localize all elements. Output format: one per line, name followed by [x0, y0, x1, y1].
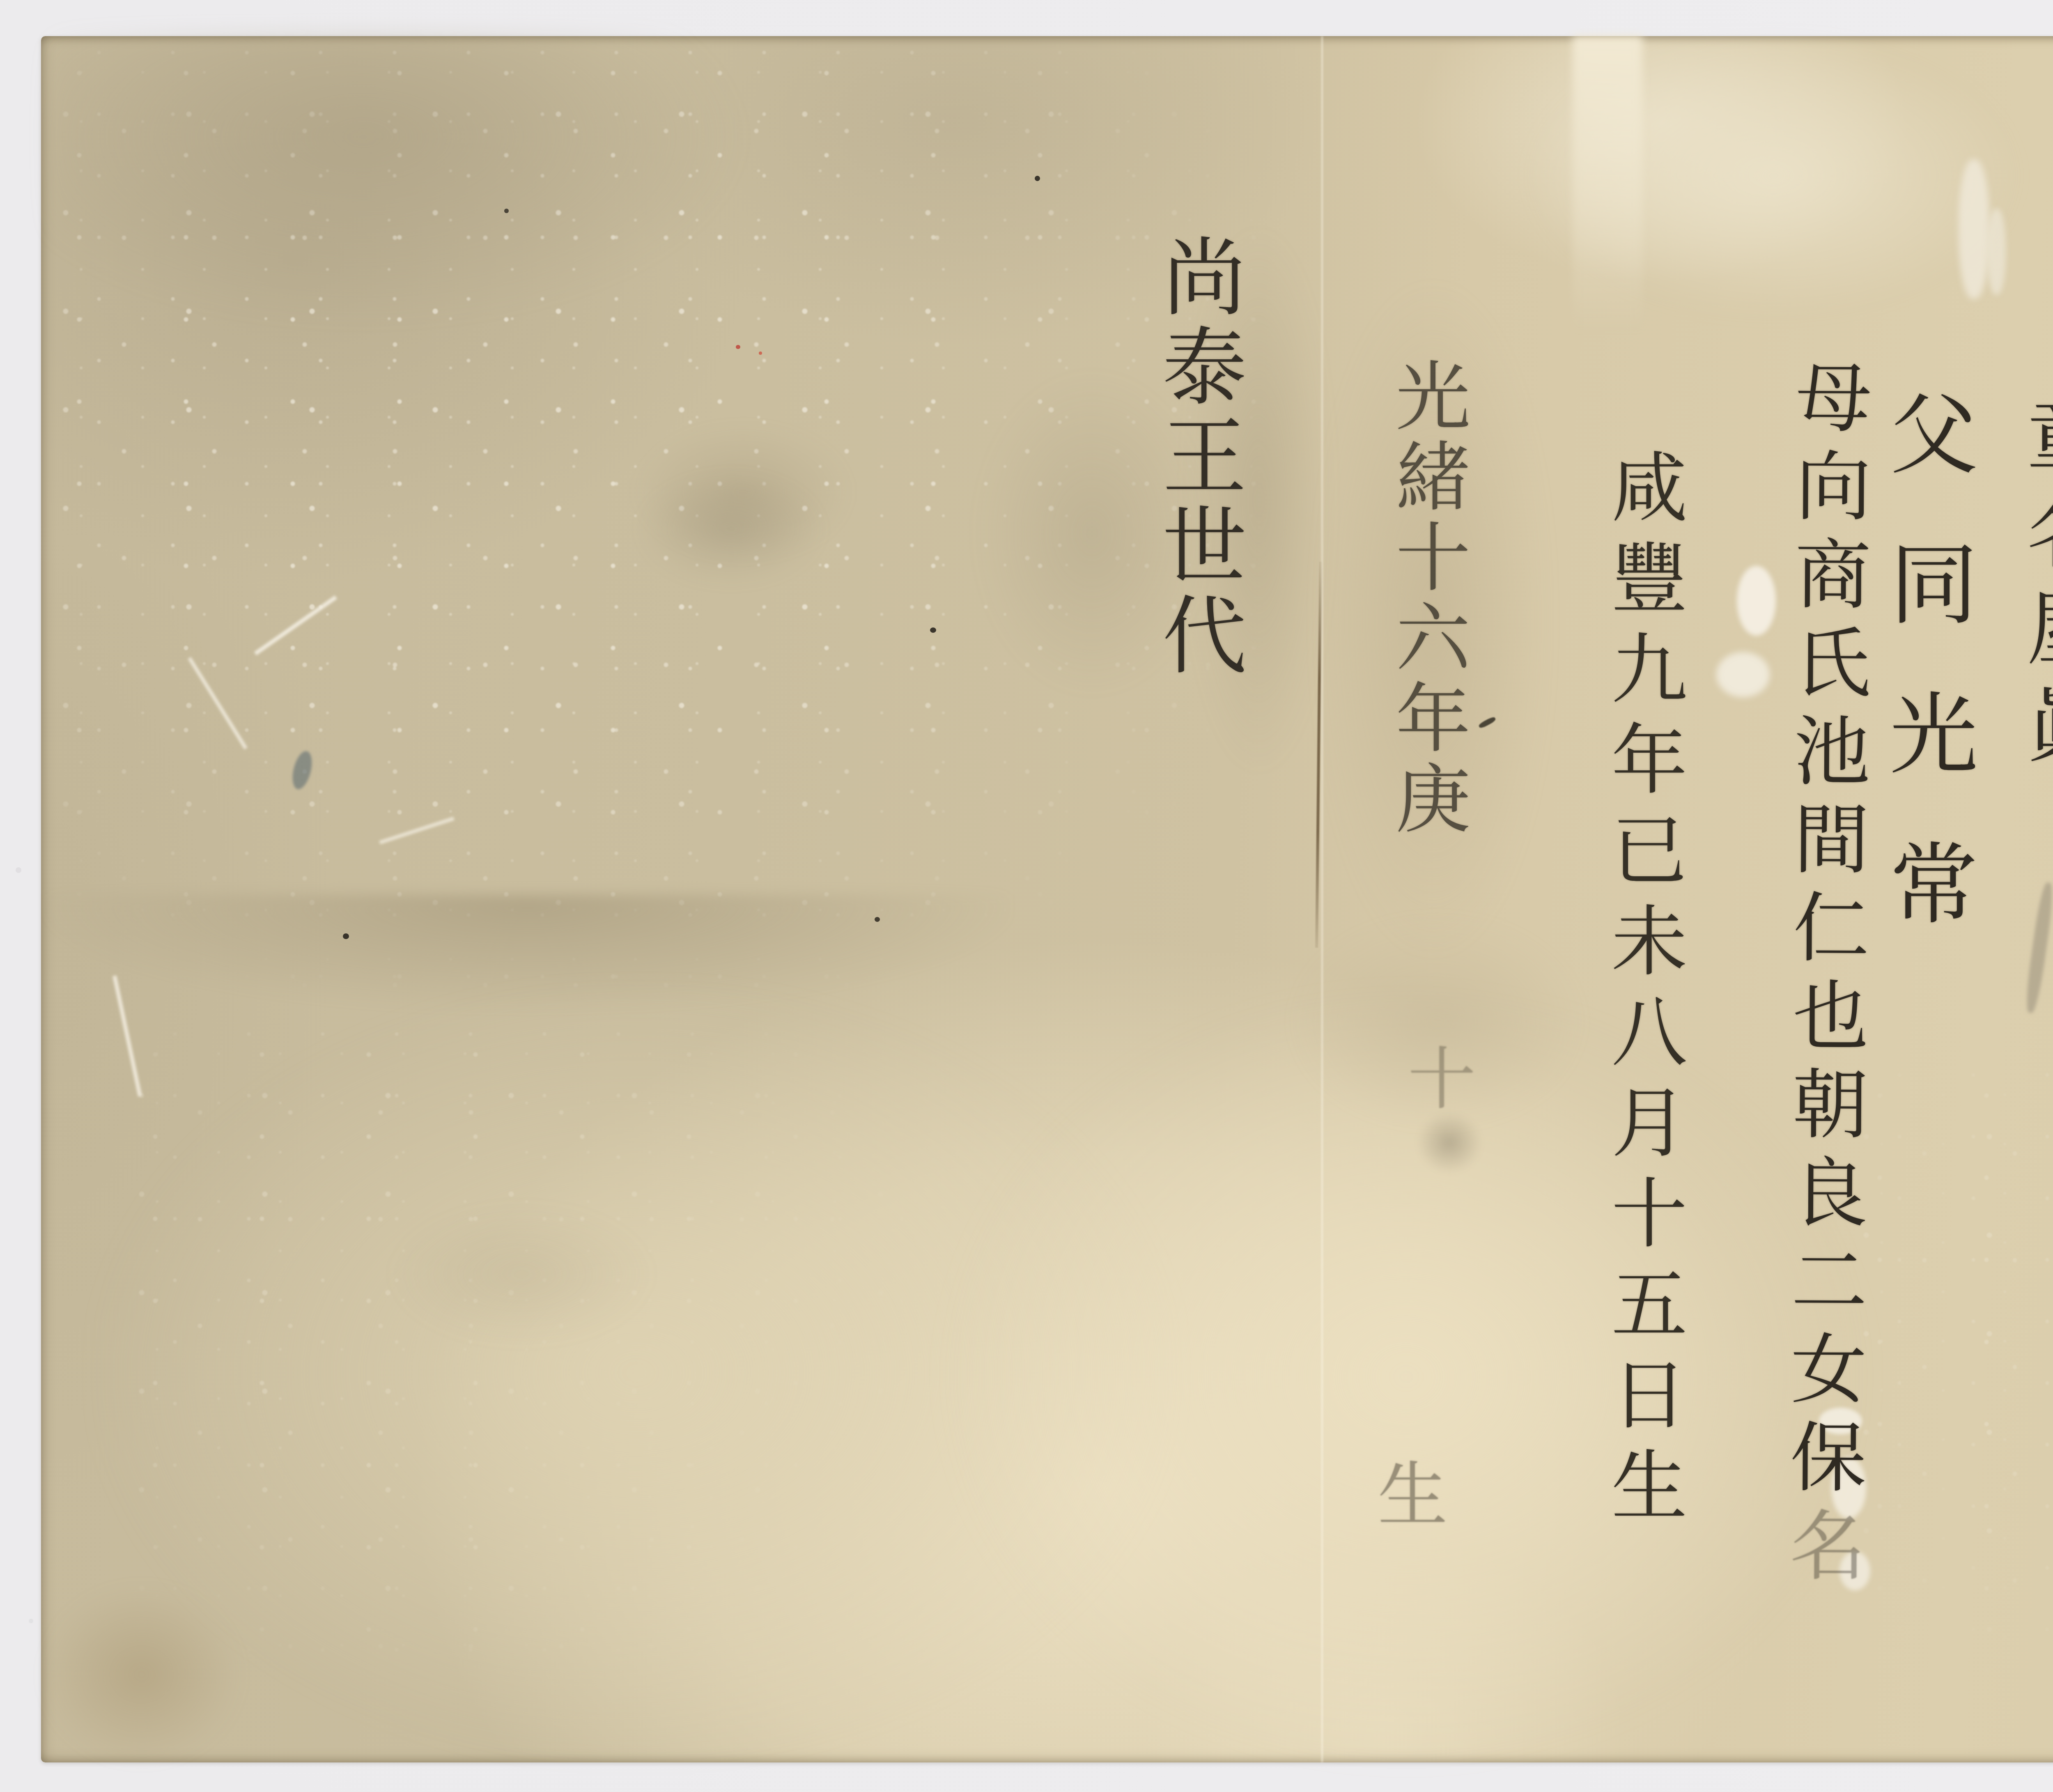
fold-seam [1321, 36, 1323, 1762]
mother-column-faded-character: 名 [1777, 1505, 1866, 1594]
red-speck [736, 345, 740, 349]
stain-patch [45, 1588, 238, 1761]
era-column: 尚泰王世代 [1155, 233, 1239, 681]
ink-speck [1035, 176, 1040, 181]
punch-hole [16, 867, 21, 873]
ink-speck [875, 917, 880, 922]
stain-patch [636, 426, 850, 558]
ink-smudge [289, 749, 315, 791]
crack-streak [254, 595, 337, 655]
abrasion-blob [1959, 159, 1989, 299]
reign-date-faded-character: 十 [1402, 1043, 1470, 1111]
ink-dash [1478, 716, 1497, 729]
abrasion-speckle-field [123, 1022, 903, 1679]
mother-column: 母向商氏池間仁也朝良二女保名 [1783, 358, 1865, 1594]
ink-speck [343, 933, 349, 939]
stain-patch [49, 36, 747, 324]
manuscript-sheet [41, 36, 2053, 1762]
tear-patch [1527, 36, 2020, 315]
birth-date-column: 咸豐九年已未八月十五日生 [1605, 448, 1681, 1537]
punch-hole [29, 1619, 33, 1623]
stain-patch [103, 993, 1170, 1753]
crack-streak [379, 817, 454, 844]
bleed-smudge [2023, 882, 2053, 1014]
scan-background: 常孝 童名屋眞 父同光常 母向商氏池間仁也朝良二女保名 咸豐九年已未八月十五日生… [0, 0, 2053, 1792]
red-speck [759, 352, 762, 355]
abrasion-speckle-field [47, 40, 1271, 993]
abrasion-speckle-field [1848, 1063, 2053, 1679]
ink-speck [504, 209, 509, 213]
ink-speck [930, 627, 936, 633]
fold-crease [1315, 562, 1322, 948]
reign-date-column: 光緒十六年庚 [1390, 357, 1465, 840]
abrasion-blob [1716, 652, 1770, 697]
crack-streak [113, 975, 142, 1097]
bleed-smudge [1417, 1112, 1482, 1174]
stain-boundary [45, 894, 1010, 1009]
bleed-smudge [390, 1206, 653, 1342]
mother-column-text: 母向商氏池間仁也朝良二女保 [1777, 358, 1872, 1506]
reign-date-faded-character: 生 [1371, 1458, 1441, 1528]
tear-channel [1573, 36, 1642, 332]
bleed-smudge [636, 471, 825, 586]
father-column: 父同光常 [1883, 388, 1971, 988]
crack-streak [188, 657, 247, 749]
abrasion-blob [1987, 209, 2006, 295]
abrasion-blob [1737, 566, 1776, 636]
childhood-name-column: 童名屋眞 [2020, 392, 2053, 781]
